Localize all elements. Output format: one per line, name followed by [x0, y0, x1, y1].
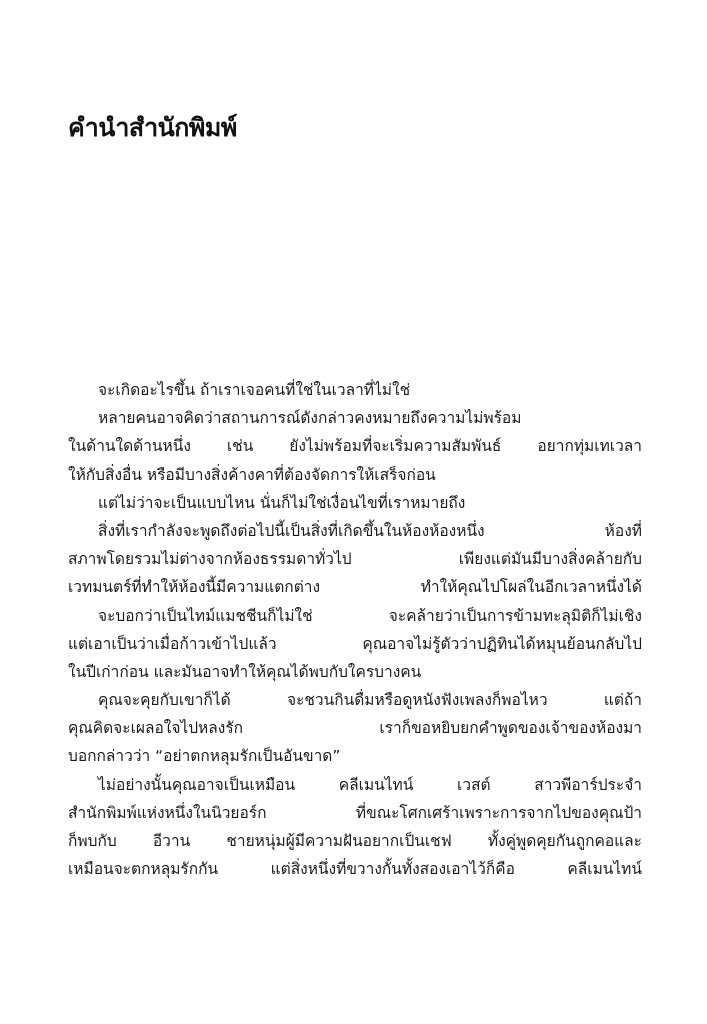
text-line: คุณจะคุยกับเขาก็ได้ จะชวนกินดื่มหรือดูหน…	[68, 686, 642, 714]
text-line: คุณคิดจะเผลอใจไปหลงรัก เราก็ขอหยิบยกคำพู…	[68, 714, 642, 742]
text-line: เวทมนตร์ที่ทำให้ห้องนี้มีความแตกต่าง ทำใ…	[68, 573, 642, 601]
text-line: ในปีเก่าก่อน และมันอาจทำให้คุณได้พบกับใค…	[68, 658, 642, 686]
body-text: จะเกิดอะไรขึ้น ถ้าเราเจอคนที่ใช่ในเวลาที…	[68, 376, 642, 883]
text-line: แต่เอาเป็นว่าเมื่อก้าวเข้าไปแล้ว คุณอาจไ…	[68, 630, 642, 658]
text-line: จะบอกว่าเป็นไทม์แมชชีนก็ไม่ใช่ จะคล้ายว่…	[68, 602, 642, 630]
text-line: สำนักพิมพ์แห่งหนึ่งในนิวยอร์ก ที่ขณะโศกเ…	[68, 799, 642, 827]
text-line: ในด้านใดด้านหนึ่ง เช่น ยังไม่พร้อมที่จะเ…	[68, 432, 642, 460]
document-page: คำนำสำนักพิมพ์ จะเกิดอะไรขึ้น ถ้าเราเจอค…	[0, 0, 707, 1024]
text-line: ก็พบกับ อีวาน ชายหนุ่มผู้มีความฝันอยากเป…	[68, 827, 642, 855]
text-line: ให้กับสิ่งอื่น หรือมีบางสิ่งค้างคาที่ต้อ…	[68, 461, 642, 489]
text-line: จะเกิดอะไรขึ้น ถ้าเราเจอคนที่ใช่ในเวลาที…	[68, 376, 642, 404]
text-line: ไม่อย่างนั้นคุณอาจเป็นเหมือน คลีเมนไทน์ …	[68, 771, 642, 799]
text-line: สภาพโดยรวมไม่ต่างจากห้องธรรมดาทั่วไป เพี…	[68, 545, 642, 573]
text-line: แต่ไม่ว่าจะเป็นแบบไหน นั่นก็ไม่ใช่เงื่อน…	[68, 489, 642, 517]
text-line: เหมือนจะตกหลุมรักกัน แต่สิ่งหนึ่งที่ขวาง…	[68, 855, 642, 883]
text-line: หลายคนอาจคิดว่าสถานการณ์ดังกล่าวคงหมายถึ…	[68, 404, 642, 432]
page-title: คำนำสำนักพิมพ์	[68, 108, 237, 148]
text-line: สิ่งที่เรากำลังจะพูดถึงต่อไปนี้เป็นสิ่งท…	[68, 517, 642, 545]
text-line: บอกกล่าวว่า “อย่าตกหลุมรักเป็นอันขาด”	[68, 742, 642, 770]
